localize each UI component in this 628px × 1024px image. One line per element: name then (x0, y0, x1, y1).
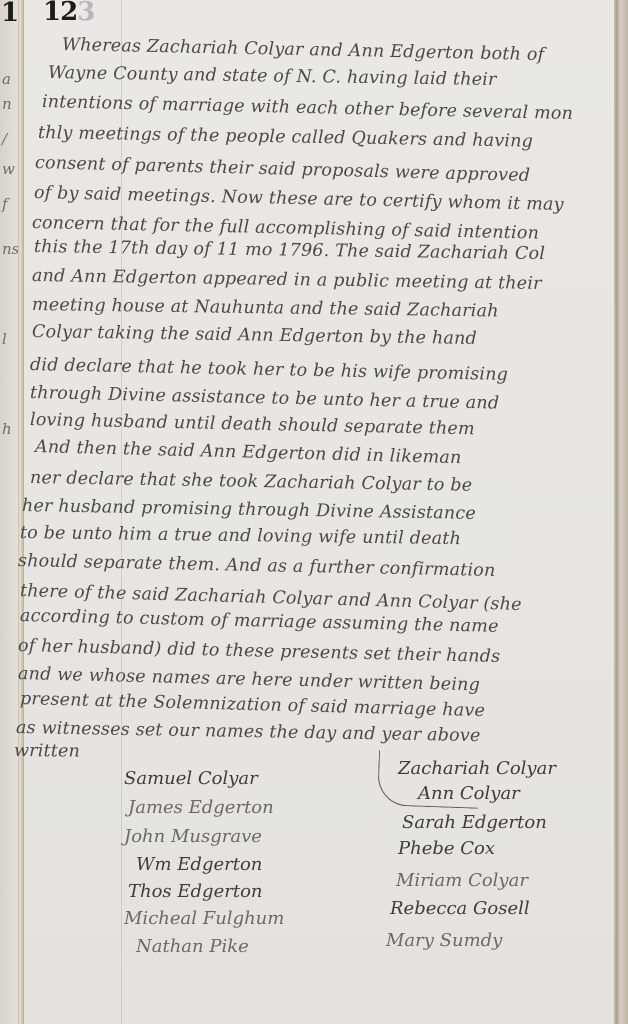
signature-bride: Ann Colyar (418, 783, 520, 804)
signature-witness: Thos Edgerton (128, 881, 263, 902)
signature-groom: Zachariah Colyar (398, 758, 556, 779)
signature-witness: Mary Sumdy (386, 930, 502, 951)
signature-witness: James Edgerton (128, 797, 274, 818)
previous-page-fragment: f (2, 195, 8, 213)
text-line: written (14, 741, 80, 762)
signature-witness: Rebecca Gosell (390, 898, 530, 919)
previous-page-fragment: n (2, 95, 12, 113)
previous-page-fragment: w (2, 160, 15, 178)
previous-page-fragment: h (2, 420, 12, 438)
signature-witness: Nathan Pike (136, 936, 249, 957)
signature-witness: Phebe Cox (398, 838, 495, 859)
ledger-scan: 1 / a n w f ns l h 123 Whereas Zachariah… (0, 0, 628, 1024)
previous-page-fragment: l (2, 330, 7, 348)
previous-page-edge: 1 / a n w f ns l h (0, 0, 18, 1024)
signature-witness: Micheal Fulghum (124, 908, 284, 929)
signature-witness: Sarah Edgerton (402, 812, 547, 833)
page-edge (614, 0, 628, 1024)
previous-page-number: 1 (1, 0, 18, 28)
signature-witness: Miriam Colyar (396, 870, 528, 891)
previous-page-fragment: / (2, 130, 7, 148)
signature-witness: Samuel Colyar (124, 768, 258, 789)
previous-page-fragment: a (2, 70, 11, 88)
previous-page-fragment: ns (2, 240, 18, 258)
signature-witness: Wm Edgerton (136, 854, 262, 875)
page-number: 123 (43, 0, 94, 27)
signature-witness: John Musgrave (124, 826, 262, 847)
